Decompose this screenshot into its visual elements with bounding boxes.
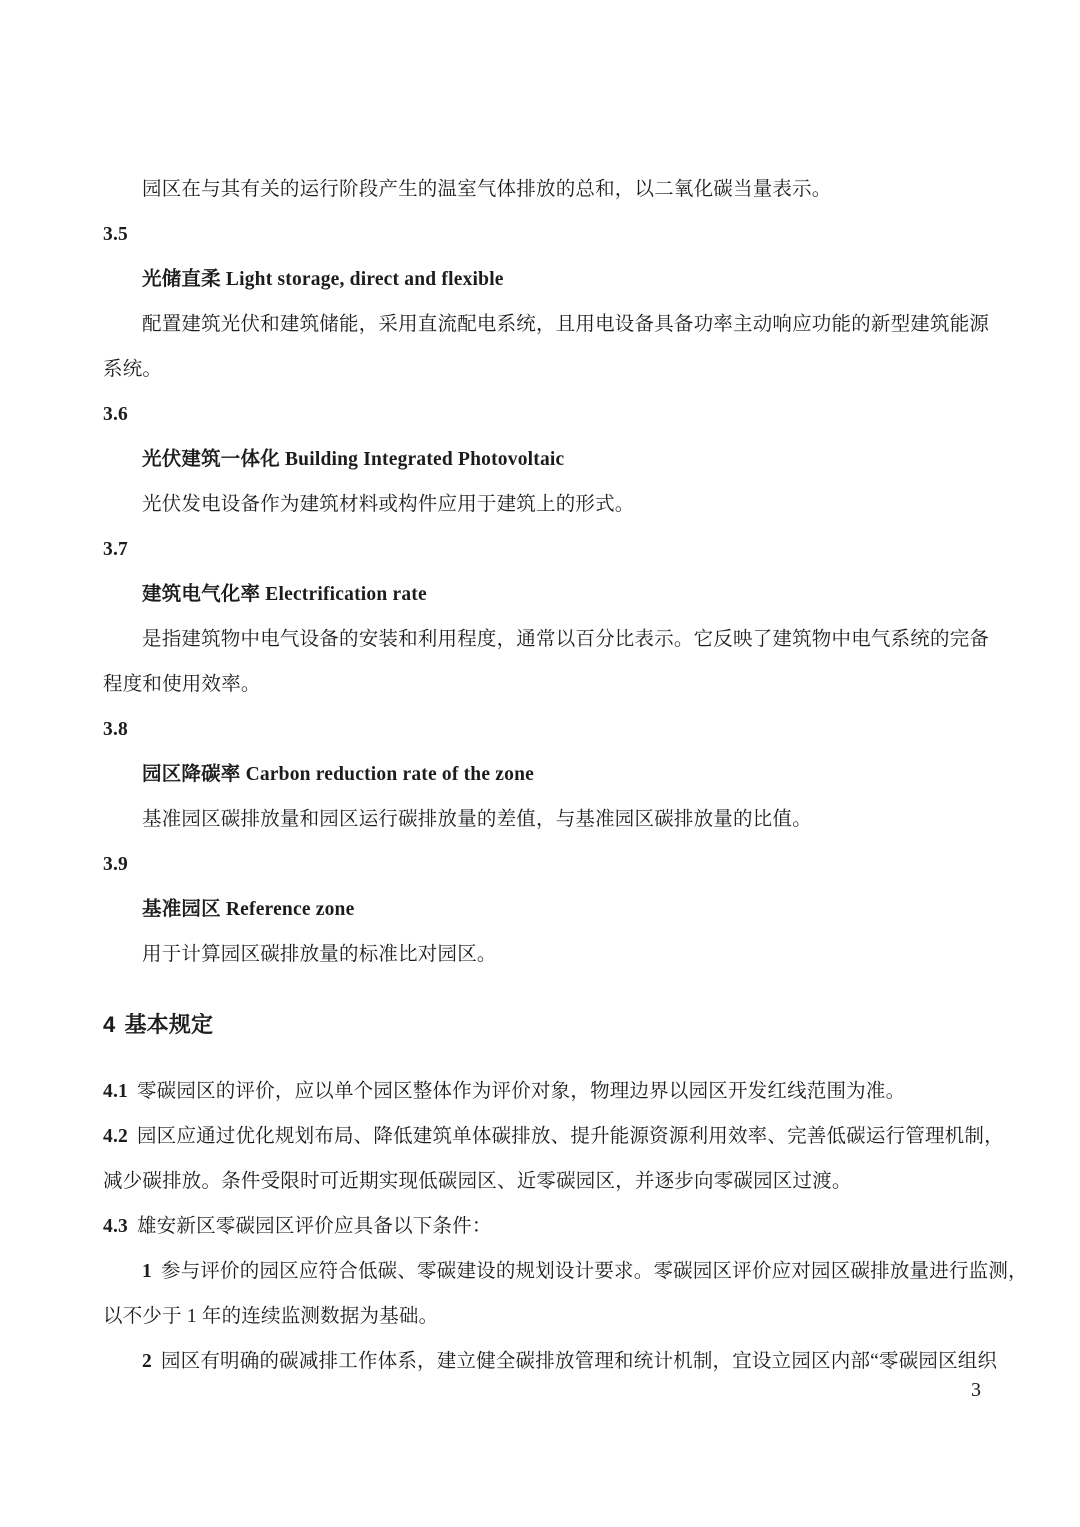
line-text: 基准园区碳排放量和园区运行碳排放量的差值，与基准园区碳排放量的比值。 bbox=[142, 809, 812, 830]
body: 程度和使用效率。 bbox=[103, 662, 987, 707]
section-number: 3.6 bbox=[103, 392, 987, 437]
body: 系统。 bbox=[103, 347, 987, 392]
line-text: 园区应通过优化规划布局、降低建筑单体碳排放、提升能源资源利用效率、完善低碳运行管… bbox=[137, 1126, 1004, 1147]
body: 基准园区碳排放量和园区运行碳排放量的差值，与基准园区碳排放量的比值。 bbox=[103, 797, 987, 842]
line-text: 园区在与其有关的运行阶段产生的温室气体排放的总和，以二氧化碳当量表示。 bbox=[142, 179, 832, 200]
line-number-prefix: 4.2 bbox=[103, 1126, 128, 1147]
line-text: 减少碳排放。条件受限时可近期实现低碳园区、近零碳园区，并逐步向零碳园区过渡。 bbox=[103, 1171, 852, 1192]
body: 减少碳排放。条件受限时可近期实现低碳园区、近零碳园区，并逐步向零碳园区过渡。 bbox=[103, 1159, 987, 1204]
body: 配置建筑光伏和建筑储能，采用直流配电系统，且用电设备具备功率主动响应功能的新型建… bbox=[103, 302, 987, 347]
line-text: 光储直柔 Light storage, direct and flexible bbox=[142, 269, 504, 290]
line-text: 是指建筑物中电气设备的安装和利用程度，通常以百分比表示。它反映了建筑物中电气系统… bbox=[142, 629, 989, 650]
term-heading: 园区降碳率 Carbon reduction rate of the zone bbox=[103, 752, 987, 797]
line-number-prefix: 3.8 bbox=[103, 719, 128, 740]
line-text: 程度和使用效率。 bbox=[103, 674, 261, 695]
body: 以不少于 1 年的连续监测数据为基础。 bbox=[103, 1294, 987, 1339]
body: 是指建筑物中电气设备的安装和利用程度，通常以百分比表示。它反映了建筑物中电气系统… bbox=[103, 617, 987, 662]
line-number-prefix: 2 bbox=[142, 1351, 152, 1372]
document-page: 园区在与其有关的运行阶段产生的温室气体排放的总和，以二氧化碳当量表示。3.5光储… bbox=[0, 0, 1080, 1527]
body: 1参与评价的园区应符合低碳、零碳建设的规划设计要求。零碳园区评价应对园区碳排放量… bbox=[103, 1249, 987, 1294]
term-heading: 光伏建筑一体化 Building Integrated Photovoltaic bbox=[103, 437, 987, 482]
line-number-prefix: 4.3 bbox=[103, 1216, 128, 1237]
line-text: 光伏发电设备作为建筑材料或构件应用于建筑上的形式。 bbox=[142, 494, 635, 515]
section-number: 3.7 bbox=[103, 527, 987, 572]
document-content: 园区在与其有关的运行阶段产生的温室气体排放的总和，以二氧化碳当量表示。3.5光储… bbox=[103, 167, 987, 1384]
line-text: 园区有明确的碳减排工作体系，建立健全碳排放管理和统计机制，宜设立园区内部“零碳园… bbox=[161, 1351, 997, 1372]
term-heading: 建筑电气化率 Electrification rate bbox=[103, 572, 987, 617]
body: 2园区有明确的碳减排工作体系，建立健全碳排放管理和统计机制，宜设立园区内部“零碳… bbox=[103, 1339, 987, 1384]
line-number-prefix: 3.6 bbox=[103, 404, 128, 425]
body: 4.1零碳园区的评价，应以单个园区整体作为评价对象，物理边界以园区开发红线范围为… bbox=[103, 1069, 987, 1114]
body: 用于计算园区碳排放量的标准比对园区。 bbox=[103, 932, 987, 977]
line-text: 系统。 bbox=[103, 359, 162, 380]
term-heading: 基准园区 Reference zone bbox=[103, 887, 987, 932]
line-text: 基准园区 Reference zone bbox=[142, 899, 354, 920]
term-heading: 光储直柔 Light storage, direct and flexible bbox=[103, 257, 987, 302]
line-number-prefix: 3.5 bbox=[103, 224, 128, 245]
line-text: 建筑电气化率 Electrification rate bbox=[142, 584, 427, 605]
line-text: 零碳园区的评价，应以单个园区整体作为评价对象，物理边界以园区开发红线范围为准。 bbox=[137, 1081, 905, 1102]
line-number-prefix: 4.1 bbox=[103, 1081, 128, 1102]
body: 4.2园区应通过优化规划布局、降低建筑单体碳排放、提升能源资源利用效率、完善低碳… bbox=[103, 1114, 987, 1159]
line-text: 参与评价的园区应符合低碳、零碳建设的规划设计要求。零碳园区评价应对园区碳排放量进… bbox=[161, 1261, 1028, 1282]
line-text: 雄安新区零碳园区评价应具备以下条件： bbox=[137, 1216, 492, 1237]
section-number: 3.5 bbox=[103, 212, 987, 257]
line-text: 用于计算园区碳排放量的标准比对园区。 bbox=[142, 944, 497, 965]
line-number-prefix: 3.9 bbox=[103, 854, 128, 875]
line-text: 园区降碳率 Carbon reduction rate of the zone bbox=[142, 764, 534, 785]
body: 光伏发电设备作为建筑材料或构件应用于建筑上的形式。 bbox=[103, 482, 987, 527]
line-text: 基本规定 bbox=[124, 1012, 213, 1037]
line-text: 光伏建筑一体化 Building Integrated Photovoltaic bbox=[142, 449, 564, 470]
body: 4.3雄安新区零碳园区评价应具备以下条件： bbox=[103, 1204, 987, 1249]
line-number-prefix: 4 bbox=[103, 1012, 115, 1037]
section-number: 3.8 bbox=[103, 707, 987, 752]
chapter-heading: 4基本规定 bbox=[103, 1002, 987, 1047]
page-number: 3 bbox=[971, 1368, 981, 1413]
line-text: 配置建筑光伏和建筑储能，采用直流配电系统，且用电设备具备功率主动响应功能的新型建… bbox=[142, 314, 989, 335]
section-number: 3.9 bbox=[103, 842, 987, 887]
line-text: 以不少于 1 年的连续监测数据为基础。 bbox=[103, 1306, 438, 1327]
line-number-prefix: 1 bbox=[142, 1261, 152, 1282]
body: 园区在与其有关的运行阶段产生的温室气体排放的总和，以二氧化碳当量表示。 bbox=[103, 167, 987, 212]
line-number-prefix: 3.7 bbox=[103, 539, 128, 560]
